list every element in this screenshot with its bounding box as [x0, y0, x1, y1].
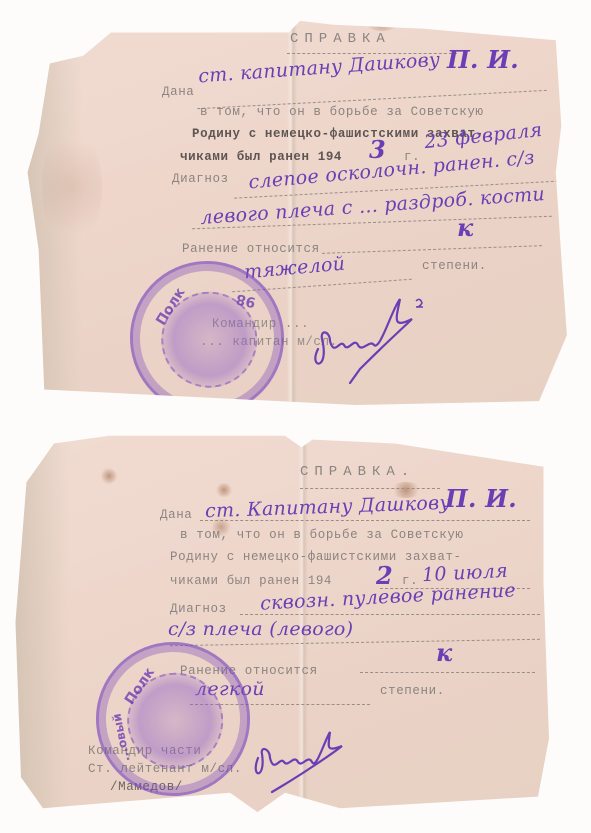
text-line-3: Родину с немецко-фашистскими захват-	[170, 550, 462, 564]
certificate-1943: СПРАВКА Дана ст. капитану Дашкову П. И. …	[22, 17, 578, 405]
document-title: СПРАВКА.	[300, 464, 415, 480]
rust-stain	[215, 483, 233, 497]
recipient-initials: П. И.	[445, 484, 517, 513]
severity-suffix: степени.	[422, 259, 487, 273]
diagnosis-line-2: с/з плеча (левого)	[168, 618, 353, 640]
recipient-name: ст. капитану Дашкову	[198, 49, 441, 88]
mark-k: к	[436, 638, 453, 667]
text-line-2: в том, что он в борьбе за Советскую	[180, 528, 464, 542]
issued-to-label: Дана	[162, 85, 194, 99]
rust-stain	[100, 468, 118, 484]
document-title: СПРАВКА	[290, 31, 391, 47]
certificate-1942: СПРАВКА. Дана ст. Капитану Дашкову П. И.…	[10, 428, 560, 816]
paper-edge-shading	[10, 428, 70, 816]
rust-stain	[362, 9, 402, 31]
severity-label: Ранение относится	[182, 242, 320, 256]
recipient-name: ст. Капитану Дашкову	[205, 492, 451, 523]
regiment-stamp: Полк ...овый	[88, 634, 257, 803]
signature-2	[242, 718, 372, 798]
text-line-4: чиками был ранен 194	[170, 574, 332, 588]
title-underline	[300, 488, 440, 489]
diagnosis-rule	[240, 614, 540, 615]
mark-k: к	[457, 213, 474, 242]
text-line-2: в том, что он в борьбе за Советскую	[200, 105, 484, 119]
text-line-4: чиками был ранен 194	[180, 150, 342, 164]
name-line	[200, 520, 530, 521]
diagnosis-label: Диагноз	[172, 172, 229, 186]
signature-1	[300, 279, 450, 389]
recipient-initials: П. И.	[447, 45, 519, 74]
severity-suffix: степени.	[380, 684, 445, 698]
water-stain	[42, 127, 102, 247]
severity-rule	[322, 245, 542, 254]
severity-rule	[360, 672, 535, 673]
issued-to-label: Дана	[160, 508, 192, 522]
diagnosis-label: Диагноз	[170, 602, 227, 616]
